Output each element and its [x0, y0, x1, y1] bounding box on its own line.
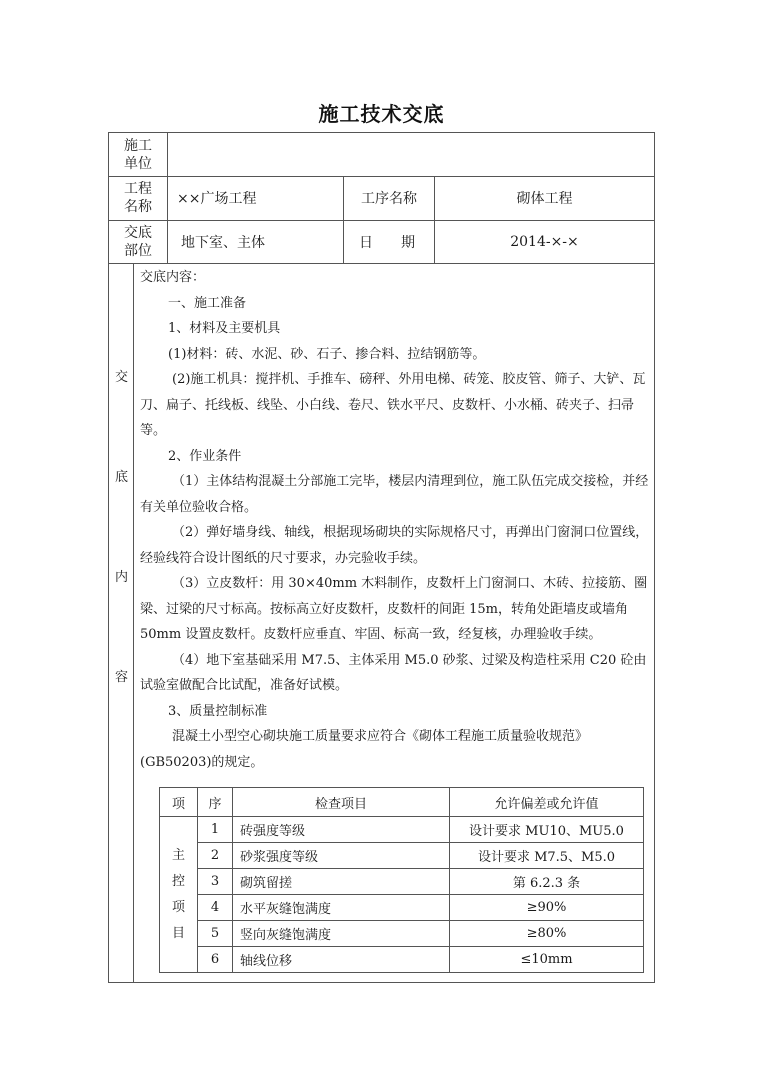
project-value[interactable]: ××广场工程 — [168, 176, 343, 220]
label-line: 施工 — [124, 137, 152, 155]
row-number: 1 — [198, 817, 232, 842]
paragraph: （2）弹好墙身线、轴线，根据现场砌块的实际规格尺寸，再弹出门窗洞口位置线，经验线… — [133, 520, 653, 571]
paragraph: （3）立皮数杆：用 30×40mm 木料制作，皮数杆上门窗洞口、木砖、拉接筋、圈… — [133, 571, 653, 648]
column-header: 检查项目 — [233, 788, 449, 816]
disclosure-content: 交底内容： 一、施工准备 1、材料及主要机具 (1)材料：砖、水泥、砂、石子、掺… — [133, 263, 653, 775]
unit-label: 施工单位 — [109, 133, 167, 176]
paragraph: (2)施工机具：搅拌机、手推车、磅秤、外用电梯、砖笼、胶皮管、筛子、大铲、瓦刀、… — [133, 367, 653, 444]
row-number: 4 — [198, 895, 232, 920]
section-heading: 一、施工准备 — [133, 291, 653, 317]
row-number: 6 — [198, 947, 232, 972]
column-header: 允许偏差或允许值 — [450, 788, 643, 816]
subsection-heading: 3、质量控制标准 — [133, 699, 653, 725]
paragraph: 混凝土小型空心砌块施工质量要求应符合《砌体工程施工质量验收规范》(GB50203… — [133, 724, 653, 775]
location-value[interactable]: 地下室、主体 — [168, 220, 343, 263]
date-label: 日 期 — [344, 220, 434, 263]
group-label-char: 主 — [172, 843, 185, 869]
paragraph: （4）地下室基础采用 M7.5、主体采用 M5.0 砂浆、过梁及构造柱采用 C2… — [133, 648, 653, 699]
column-header: 序 — [198, 788, 232, 816]
group-label-char: 控 — [172, 869, 185, 895]
row-number: 5 — [198, 921, 232, 946]
label-line: 部位 — [124, 242, 152, 260]
document-title: 施工技术交底 — [0, 98, 763, 127]
row-number: 2 — [198, 843, 232, 868]
date-value[interactable]: 2014-×-× — [435, 220, 654, 263]
check-item: 砂浆强度等级 — [233, 843, 449, 868]
group-label-char: 目 — [172, 921, 185, 947]
paragraph: （1）主体结构混凝土分部施工完毕，楼层内清理到位，施工队伍完成交接检，并经有关单… — [133, 469, 653, 520]
subsection-heading: 1、材料及主要机具 — [133, 316, 653, 342]
label-line: 单位 — [124, 155, 152, 173]
label-line: 工程 — [124, 180, 152, 198]
allowed-value: 设计要求 MU10、MU5.0 — [450, 817, 643, 842]
side-label-char: 容 — [109, 666, 134, 685]
side-label-char: 底 — [109, 466, 134, 485]
content-intro: 交底内容： — [133, 265, 653, 291]
check-item: 轴线位移 — [233, 947, 449, 972]
label-line: 交底 — [124, 224, 152, 242]
row-number: 3 — [198, 869, 232, 894]
check-item: 水平灰缝饱满度 — [233, 895, 449, 920]
check-item: 砖强度等级 — [233, 817, 449, 842]
column-header: 项 — [160, 788, 197, 816]
allowed-value: 第 6.2.3 条 — [450, 869, 643, 894]
group-label: 主 控 项 目 — [160, 817, 197, 972]
allowed-value: 设计要求 M7.5、M5.0 — [450, 843, 643, 868]
allowed-value: ≥80% — [450, 921, 643, 946]
unit-value[interactable] — [168, 133, 654, 176]
group-label-char: 项 — [172, 895, 185, 921]
allowed-value: ≤10mm — [450, 947, 643, 972]
side-label-char: 交 — [109, 366, 134, 385]
check-item: 砌筑留搓 — [233, 869, 449, 894]
check-item: 竖向灰缝饱满度 — [233, 921, 449, 946]
location-label: 交底部位 — [109, 220, 167, 263]
process-value[interactable]: 砌体工程 — [435, 176, 654, 220]
label-line: 名称 — [124, 198, 152, 216]
paragraph: (1)材料：砖、水泥、砂、石子、掺合料、拉结钢筋等。 — [133, 342, 653, 368]
project-label: 工程名称 — [109, 176, 167, 220]
quality-table: 项 序 检查项目 允许偏差或允许值 主 控 项 目 1 砖强度等级 设计要求 M… — [159, 787, 644, 973]
allowed-value: ≥90% — [450, 895, 643, 920]
process-label: 工序名称 — [344, 176, 434, 220]
subsection-heading: 2、作业条件 — [133, 444, 653, 470]
side-label-char: 内 — [109, 566, 134, 585]
